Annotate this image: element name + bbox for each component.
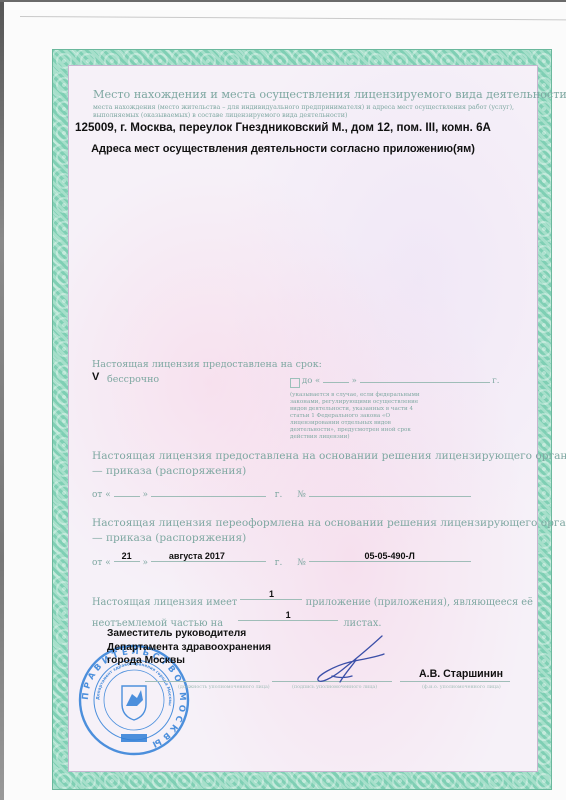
term-label: Настоящая лицензия предоставлена на срок… xyxy=(92,359,322,370)
until-suffix: г. xyxy=(492,376,499,386)
term-note: (указывается в случае, если федеральными… xyxy=(290,392,430,441)
sheets-suffix: листах. xyxy=(343,618,381,629)
name-line xyxy=(400,681,510,682)
granted-number-label: № xyxy=(297,490,306,500)
position-line xyxy=(145,681,260,682)
granted-from-prefix: от « xyxy=(92,490,111,500)
caption-name: (ф.и.о. уполномоченного лица) xyxy=(422,685,501,690)
place-heading-text: Место нахождения и места осуществления л… xyxy=(93,88,566,101)
scan-line xyxy=(20,16,566,20)
granted-order-row: от « » г. № xyxy=(92,490,471,500)
reissued-number-label: № xyxy=(297,558,306,568)
reissued-from-prefix: от « xyxy=(92,558,111,568)
appendix-count[interactable]: 1 xyxy=(240,589,302,600)
unlimited-checkmark[interactable]: V xyxy=(92,371,99,383)
place-heading-note: места нахождения (место жительства – для… xyxy=(93,104,523,120)
signatory-name: А.В. Старшинин xyxy=(419,668,503,680)
scan-edge xyxy=(0,0,4,800)
until-prefix: до « xyxy=(302,376,320,386)
granted-number[interactable] xyxy=(309,496,471,497)
appendix-suffix: приложение (приложения), являющееся её xyxy=(306,597,533,608)
reissued-basis-line1: Настоящая лицензия переоформлена на осно… xyxy=(92,517,566,529)
until-field: до « » г. xyxy=(302,376,499,386)
granted-month-year[interactable] xyxy=(151,496,266,497)
granted-from-mid: » xyxy=(143,490,149,500)
until-checkbox[interactable] xyxy=(290,378,300,388)
reissued-month-year[interactable]: августа 2017 xyxy=(151,551,266,562)
reissued-order-row: от « 21 » августа 2017 г. № 05-05-490-Л xyxy=(92,557,471,568)
sheet-count[interactable]: 1 xyxy=(238,610,338,621)
granted-basis-line1: Настоящая лицензия предоставлена на осно… xyxy=(92,450,566,462)
granted-year-suffix: г. xyxy=(275,490,283,500)
unlimited-label: бессрочно xyxy=(107,374,159,385)
address-appendix: Адреса мест осуществления деятельности с… xyxy=(0,143,566,155)
granted-day[interactable] xyxy=(114,496,140,497)
granted-basis-line2: — приказа (распоряжения) xyxy=(92,465,246,477)
appendix-line1: Настоящая лицензия имеет 1 приложение (п… xyxy=(92,597,533,608)
reissued-day[interactable]: 21 xyxy=(114,551,140,562)
caption-position: (должность уполномоченного лица) xyxy=(178,685,270,690)
scan-edge-top xyxy=(0,0,566,2)
signatory-role: Заместитель руководителя Департамента зд… xyxy=(107,627,287,668)
until-mid: » xyxy=(352,376,357,386)
until-day-blank[interactable] xyxy=(323,382,349,383)
reissued-year-suffix: г. xyxy=(275,558,283,568)
address-line: 125009, г. Москва, переулок Гнездниковск… xyxy=(0,121,566,134)
reissued-number[interactable]: 05-05-490-Л xyxy=(309,551,471,562)
handwritten-signature xyxy=(312,632,392,692)
reissued-basis-line2: — приказа (распоряжения) xyxy=(92,532,246,544)
place-heading: Место нахождения и места осуществления л… xyxy=(93,88,566,101)
appendix-prefix: Настоящая лицензия имеет xyxy=(92,597,237,608)
reissued-from-mid: » xyxy=(143,558,149,568)
until-date-blank[interactable] xyxy=(360,382,490,383)
